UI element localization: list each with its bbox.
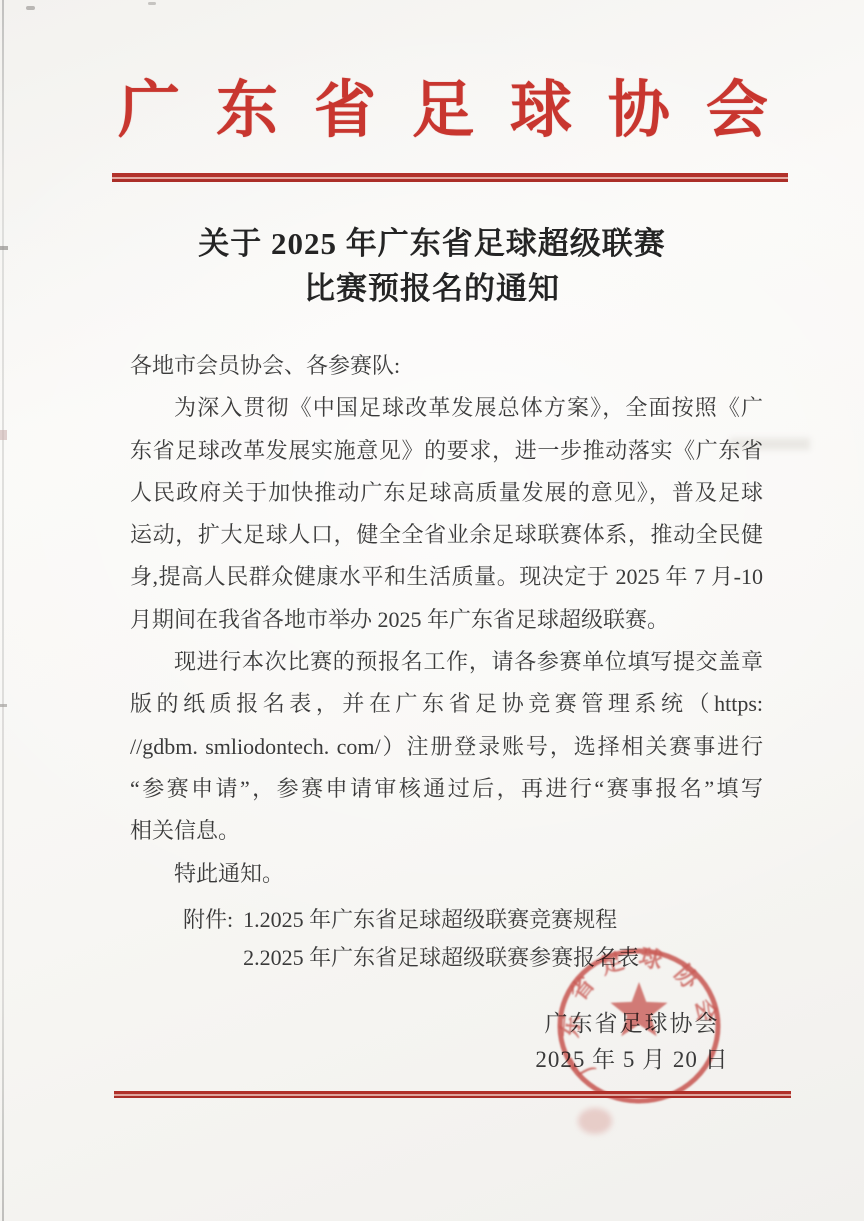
body-line: 东省足球改革发展实施意见》的要求，进一步推动落实《广东省	[130, 430, 763, 472]
body-line: 运动，扩大足球人口，健全全省业余足球联赛体系，推动全民健	[130, 514, 763, 556]
document-body: 各地市会员协会、各参赛队:为深入贯彻《中国足球改革发展总体方案》，全面按照《广东…	[130, 345, 763, 895]
body-line: 为深入贯彻《中国足球改革发展总体方案》，全面按照《广	[130, 387, 763, 429]
signature-date: 2025 年 5 月 20 日	[502, 1042, 762, 1078]
attachments-block: 附件: 1.2025 年广东省足球超级联赛竞赛规程2.2025 年广东省足球超级…	[183, 901, 639, 977]
letterhead-char: 协	[608, 78, 670, 144]
document-page: 广东省足球协会 关于 2025 年广东省足球超级联赛 比赛预报名的通知 各地市会…	[0, 0, 864, 1221]
scan-artifact-tick	[0, 704, 7, 707]
signature-org: 广东省足球协会	[502, 1006, 762, 1042]
signature-block: 广东省足球协会 2025 年 5 月 20 日	[502, 1006, 762, 1078]
scan-artifact-edge-line	[2, 0, 4, 1221]
letterhead-char: 广	[118, 78, 180, 144]
body-line: 人民政府关于加快推动广东足球高质量发展的意见》，普及足球	[130, 472, 763, 514]
letterhead-char: 足	[412, 78, 474, 144]
letterhead-divider	[112, 173, 788, 182]
body-line: 版的纸质报名表，并在广东省足协竞赛管理系统（https:	[130, 683, 763, 725]
body-line: 特此通知。	[130, 853, 763, 895]
footer-divider	[114, 1091, 791, 1098]
body-line: 现进行本次比赛的预报名工作，请各参赛单位填写提交盖章	[130, 641, 763, 683]
body-line: 月期间在我省各地市举办 2025 年广东省足球超级联赛。	[130, 599, 763, 641]
letterhead-char: 会	[706, 78, 768, 144]
document-title-line-2: 比赛预报名的通知	[0, 266, 864, 311]
letterhead-char: 省	[314, 78, 376, 144]
body-line: //gdbm. smliodontech. com/）注册登录账号，选择相关赛事…	[130, 726, 763, 768]
letterhead-char: 球	[510, 78, 572, 144]
scan-artifact-mark	[26, 6, 35, 10]
attachments-label: 附件:	[183, 901, 233, 977]
letterhead-org-name: 广东省足球协会	[118, 78, 768, 148]
attachment-item: 2.2025 年广东省足球超级联赛参赛报名表	[243, 939, 639, 977]
document-title-line-1: 关于 2025 年广东省足球超级联赛	[0, 221, 864, 266]
scan-artifact-tick	[0, 430, 7, 440]
letterhead-char: 东	[216, 78, 278, 144]
document-title: 关于 2025 年广东省足球超级联赛 比赛预报名的通知	[0, 221, 864, 311]
body-line: 身,提高人民群众健康水平和生活质量。现决定于 2025 年 7 月-10	[130, 556, 763, 598]
attachments-list: 1.2025 年广东省足球超级联赛竞赛规程2.2025 年广东省足球超级联赛参赛…	[243, 901, 639, 977]
attachment-item: 1.2025 年广东省足球超级联赛竞赛规程	[243, 901, 639, 939]
body-line: 各地市会员协会、各参赛队:	[130, 345, 763, 387]
seal-ink-smudge	[578, 1108, 612, 1134]
scan-artifact-mark	[148, 2, 156, 5]
body-line: “参赛申请”，参赛申请审核通过后，再进行“赛事报名”填写	[130, 768, 763, 810]
body-line: 相关信息。	[130, 810, 763, 852]
